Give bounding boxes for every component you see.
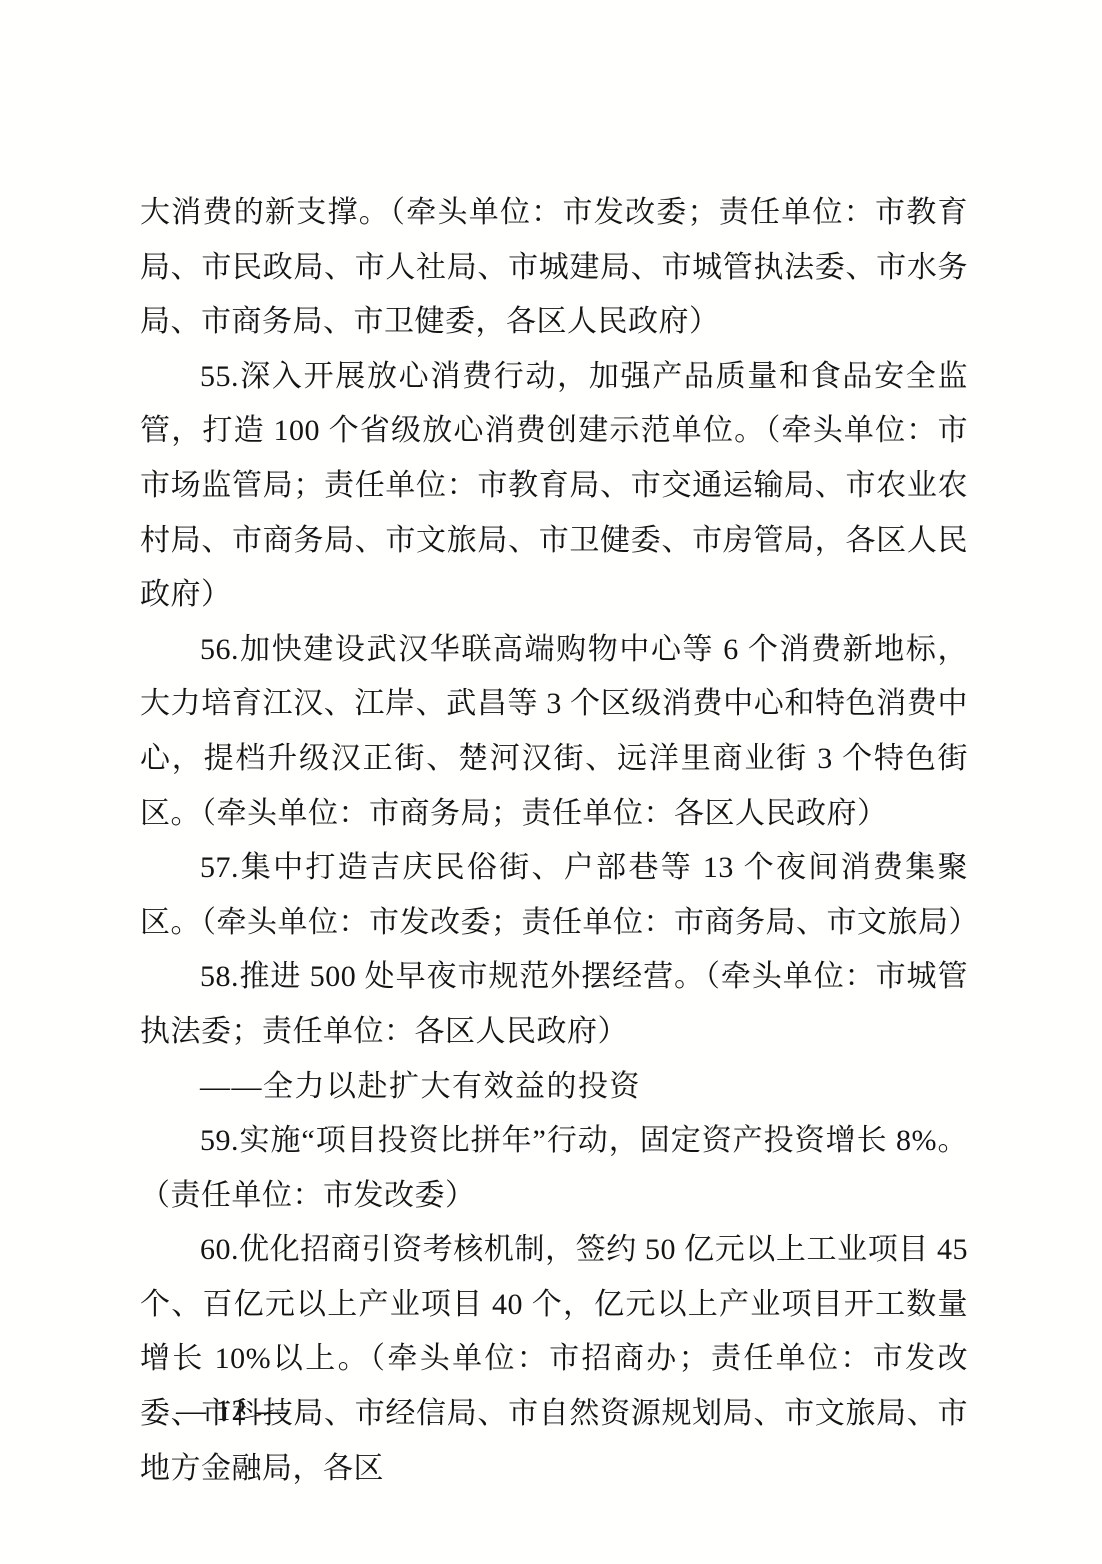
paragraph-item-59: 59.实施“项目投资比拼年”行动，固定资产投资增长 8%。（责任单位：市发改委）: [140, 1114, 968, 1223]
document-body: 大消费的新支撑。（牵头单位：市发改委；责任单位：市教育局、市民政局、市人社局、市…: [140, 186, 968, 1496]
page-number-footer: — 12 —: [176, 1394, 287, 1428]
section-heading-investment: ——全力以赴扩大有效益的投资: [140, 1060, 968, 1115]
paragraph-item-60: 60.优化招商引资考核机制，签约 50 亿元以上工业项目 45 个、百亿元以上产…: [140, 1223, 968, 1496]
paragraph-continuation: 大消费的新支撑。（牵头单位：市发改委；责任单位：市教育局、市民政局、市人社局、市…: [140, 186, 968, 350]
paragraph-item-58: 58.推进 500 处早夜市规范外摆经营。（牵头单位：市城管执法委；责任单位：各…: [140, 950, 968, 1059]
paragraph-item-57: 57.集中打造吉庆民俗街、户部巷等 13 个夜间消费集聚区。（牵头单位：市发改委…: [140, 841, 968, 950]
document-page: 大消费的新支撑。（牵头单位：市发改委；责任单位：市教育局、市民政局、市人社局、市…: [0, 0, 1102, 1564]
paragraph-item-55: 55.深入开展放心消费行动，加强产品质量和食品安全监管，打造 100 个省级放心…: [140, 350, 968, 623]
paragraph-item-56: 56.加快建设武汉华联高端购物中心等 6 个消费新地标，大力培育江汉、江岸、武昌…: [140, 623, 968, 841]
